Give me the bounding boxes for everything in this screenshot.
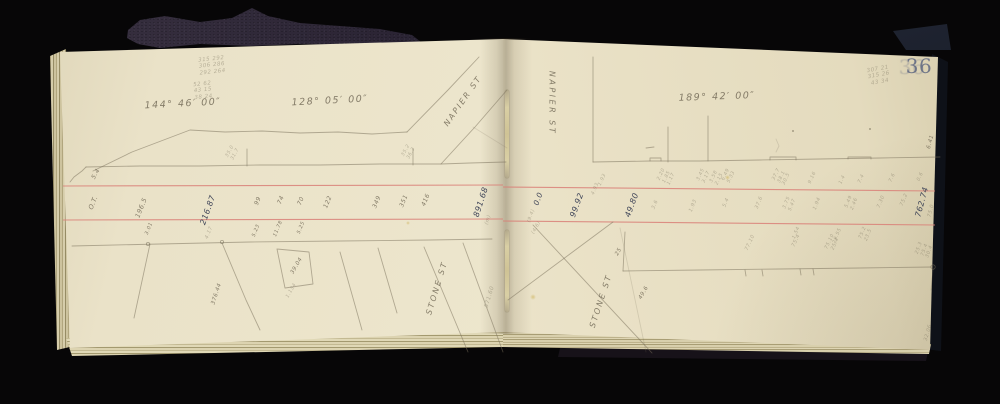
binding-stitch [505,90,509,178]
field-book-photo: 144° 46′ 00″128° 05′ 00″NAPIER ST315 292… [0,0,1000,404]
binding-stitch [505,230,509,312]
